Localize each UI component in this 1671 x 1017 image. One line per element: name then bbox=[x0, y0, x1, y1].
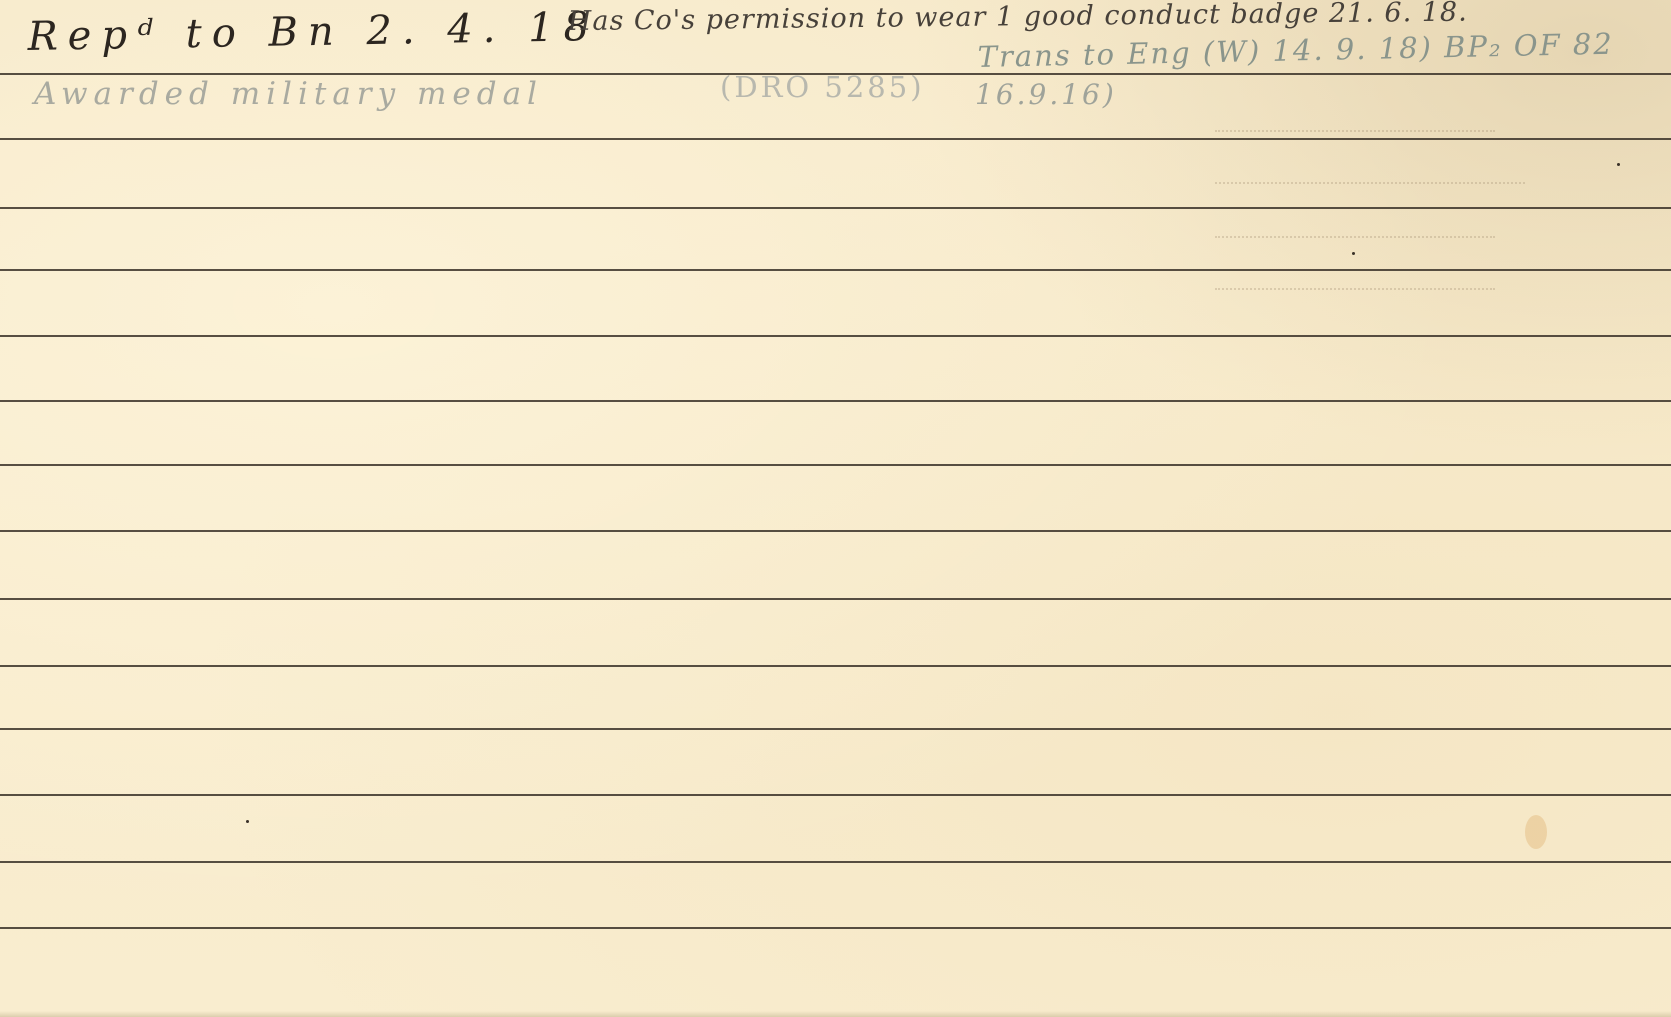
show-through-dots bbox=[1215, 182, 1525, 184]
show-through-dots bbox=[1215, 236, 1495, 238]
ruled-line bbox=[0, 728, 1671, 730]
ruled-line bbox=[0, 207, 1671, 209]
entry-military-medal-reference: (DRO 5285) bbox=[720, 70, 925, 104]
entry-military-medal-date: 16.9.16) bbox=[975, 78, 1117, 111]
ruled-line bbox=[0, 927, 1671, 929]
ink-speck bbox=[1352, 252, 1355, 255]
ruled-line bbox=[0, 464, 1671, 466]
ruled-line bbox=[0, 400, 1671, 402]
show-through-dots bbox=[1215, 130, 1495, 132]
ruled-line bbox=[0, 794, 1671, 796]
entry-reported-to-battalion: Repᵈ to Bn 2. 4. 18 bbox=[27, 4, 599, 60]
ruled-line bbox=[0, 269, 1671, 271]
ruled-line bbox=[0, 665, 1671, 667]
ruled-line bbox=[0, 598, 1671, 600]
ruled-line bbox=[0, 138, 1671, 140]
ink-speck bbox=[1617, 163, 1620, 166]
entry-military-medal: Awarded military medal bbox=[34, 76, 543, 112]
entry-transfer-to-england: Trans to Eng (W) 14. 9. 18) BP₂ OF 82 bbox=[977, 27, 1614, 74]
show-through-dots bbox=[1215, 288, 1495, 290]
entry-good-conduct-badge: Has Co's permission to wear 1 good condu… bbox=[568, 0, 1468, 37]
ink-speck bbox=[246, 820, 249, 823]
ruled-line bbox=[0, 530, 1671, 532]
ruled-line bbox=[0, 861, 1671, 863]
index-card: Repᵈ to Bn 2. 4. 18 Has Co's permission … bbox=[0, 0, 1671, 1017]
ruled-line bbox=[0, 335, 1671, 337]
paper-stain bbox=[1525, 815, 1547, 849]
